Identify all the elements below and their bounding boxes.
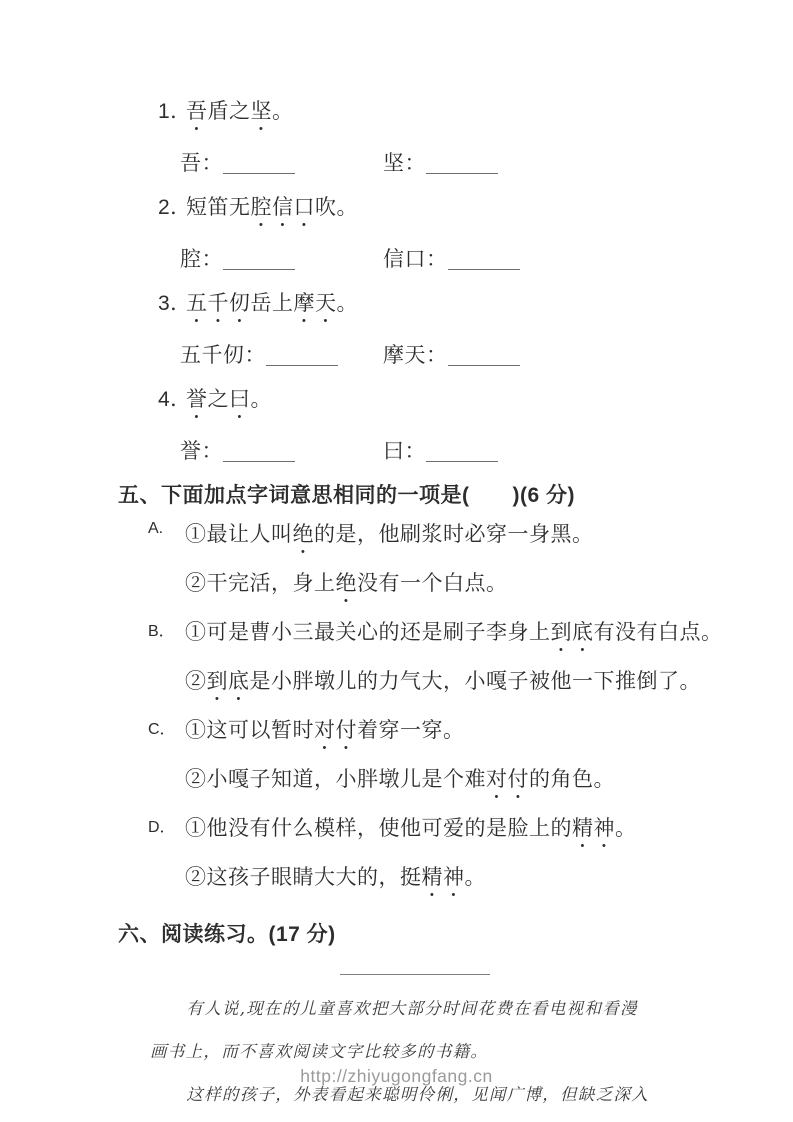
- text-segment: 。: [465, 866, 487, 889]
- emphasized-text: 腔信口: [251, 196, 316, 219]
- worksheet-page: 1．吾盾之坚。 吾： 坚： 2．短笛无腔信口吹。 腔： 信口： 3．五千仞岳上摩…: [0, 0, 793, 1122]
- answer-blanks-row: 吾： 坚：: [118, 149, 760, 179]
- answer-blank: 坚：: [383, 149, 498, 179]
- blank-label: 五千仞：: [180, 344, 266, 367]
- answer-blank: 摩天：: [383, 341, 520, 371]
- answer-blank: 曰：: [383, 437, 498, 467]
- emphasized-text: 到底: [207, 670, 250, 693]
- blank-label: 坚：: [383, 152, 426, 175]
- item-number: 1．: [158, 97, 186, 127]
- question-item-sentence: 2．短笛无腔信口吹。: [118, 193, 760, 231]
- text-segment: 有没有白点。: [594, 621, 723, 644]
- option-line-2: ②小嘎子知道，小胖墩儿是个难对付的角色。: [185, 765, 760, 803]
- text-segment: ①这可以暂时: [185, 719, 314, 742]
- blank-label: 摩天：: [383, 344, 448, 367]
- answer-blank-line: [266, 351, 338, 366]
- emphasized-text: 摩天: [294, 292, 337, 315]
- text-segment: 短笛无: [186, 196, 251, 219]
- text-segment: 吹。: [315, 196, 358, 219]
- answer-blank-line: [426, 447, 498, 462]
- answer-blank-line: [223, 159, 295, 174]
- emphasized-text: 绝: [293, 523, 315, 546]
- option-line-1: ①可是曹小三最关心的还是刷子李身上到底有没有白点。: [185, 618, 760, 656]
- text-segment: ①可是曹小三最关心的还是刷子李身上: [185, 621, 551, 644]
- emphasized-text: 绝: [336, 572, 358, 595]
- option-A: A. ①最让人叫绝的是，他刷浆时必穿一身黑。 ②干完活，身上绝没有一个白点。: [118, 520, 760, 607]
- text-segment: ②干完活，身上: [185, 572, 336, 595]
- answer-blank: 誉：: [180, 437, 383, 467]
- text-segment: ①他没有什么模样，使他可爱的是脸上的: [185, 817, 572, 840]
- blank-label: 吾：: [180, 152, 223, 175]
- text-segment: 的角色。: [529, 768, 615, 791]
- text-segment: ②: [185, 670, 207, 693]
- text-segment: 。: [615, 817, 637, 840]
- answer-blank: 五千仞：: [180, 341, 383, 371]
- answer-blank-line: [223, 447, 295, 462]
- item-number: 4．: [158, 385, 186, 415]
- option-B: B． ①可是曹小三最关心的还是刷子李身上到底有没有白点。 ②到底是小胖墩儿的力气…: [118, 618, 760, 705]
- emphasized-text: 精神: [422, 866, 465, 889]
- emphasized-text: 精神: [572, 817, 615, 840]
- blank-label: 曰：: [383, 440, 426, 463]
- question-item-sentence: 4．誉之曰。: [118, 385, 760, 423]
- emphasized-text: 对付: [486, 768, 529, 791]
- option-C: C． ①这可以暂时对付着穿一穿。 ②小嘎子知道，小胖墩儿是个难对付的角色。: [118, 716, 760, 803]
- item-sentence-text: 誉之曰。: [186, 388, 272, 411]
- text-segment: 。: [251, 388, 273, 411]
- answer-blank-line: [426, 159, 498, 174]
- answer-blanks-row: 腔： 信口：: [118, 245, 760, 275]
- blank-label: 腔：: [180, 248, 223, 271]
- option-label: D．: [148, 814, 176, 837]
- emphasized-text: 五千仞: [186, 292, 251, 315]
- blank-label: 信口：: [383, 248, 448, 271]
- text-segment: 的是，他刷浆时必穿一身黑。: [314, 523, 594, 546]
- option-line-1: ①最让人叫绝的是，他刷浆时必穿一身黑。: [185, 520, 760, 558]
- option-line-2: ②干完活，身上绝没有一个白点。: [185, 569, 760, 607]
- section-word-explanations: 1．吾盾之坚。 吾： 坚： 2．短笛无腔信口吹。 腔： 信口： 3．五千仞岳上摩…: [118, 97, 760, 467]
- emphasized-text: 誉: [186, 388, 208, 411]
- text-segment: ①最让人叫: [185, 523, 293, 546]
- section-6-heading: 六、阅读练习。(17 分): [118, 920, 760, 950]
- answer-blank: 信口：: [383, 245, 520, 275]
- passage-title-blank-line: [340, 974, 490, 975]
- text-segment: 没有一个白点。: [357, 572, 508, 595]
- option-line-2: ②到底是小胖墩儿的力气大，小嘎子被他一下推倒了。: [185, 667, 760, 705]
- emphasized-text: 吾: [186, 100, 208, 123]
- passage-line: 有人说,现在的儿童喜欢把大部分时间花费在看电视和看漫: [150, 987, 760, 1030]
- section-5-multiple-choice: 五、下面加点字词意思相同的一项是( )(6 分) A. ①最让人叫绝的是，他刷浆…: [118, 481, 760, 901]
- answer-blank-line: [448, 351, 520, 366]
- text-segment: 。: [337, 292, 359, 315]
- item-sentence-text: 吾盾之坚。: [186, 100, 294, 123]
- option-label: B．: [148, 618, 175, 641]
- option-label: C．: [148, 716, 176, 739]
- footer-url: http://zhiyugongfang.cn: [0, 1066, 793, 1087]
- answer-blank-line: [223, 255, 295, 270]
- text-segment: 盾之: [208, 100, 251, 123]
- text-segment: 之: [208, 388, 230, 411]
- item-sentence-text: 五千仞岳上摩天。: [186, 292, 358, 315]
- item-number: 3．: [158, 289, 186, 319]
- item-number: 2．: [158, 193, 186, 223]
- blank-label: 誉：: [180, 440, 223, 463]
- answer-blanks-row: 五千仞： 摩天：: [118, 341, 760, 371]
- answer-blank-line: [448, 255, 520, 270]
- question-item-sentence: 1．吾盾之坚。: [118, 97, 760, 135]
- text-segment: 是小胖墩儿的力气大，小嘎子被他一下推倒了。: [250, 670, 702, 693]
- answer-blanks-row: 誉： 曰：: [118, 437, 760, 467]
- emphasized-text: 到底: [551, 621, 594, 644]
- option-line-2: ②这孩子眼睛大大的，挺精神。: [185, 863, 760, 901]
- item-sentence-text: 短笛无腔信口吹。: [186, 196, 358, 219]
- option-D: D． ①他没有什么模样，使他可爱的是脸上的精神。 ②这孩子眼睛大大的，挺精神。: [118, 814, 760, 901]
- text-segment: 岳上: [251, 292, 294, 315]
- emphasized-text: 曰: [229, 388, 251, 411]
- text-segment: ②小嘎子知道，小胖墩儿是个难: [185, 768, 486, 791]
- emphasized-text: 对付: [314, 719, 357, 742]
- answer-blank: 腔：: [180, 245, 383, 275]
- option-line-1: ①他没有什么模样，使他可爱的是脸上的精神。: [185, 814, 760, 852]
- text-segment: 。: [272, 100, 294, 123]
- option-label: A.: [148, 520, 163, 538]
- section-5-heading: 五、下面加点字词意思相同的一项是( )(6 分): [118, 481, 760, 511]
- question-item-sentence: 3．五千仞岳上摩天。: [118, 289, 760, 327]
- text-segment: ②这孩子眼睛大大的，挺: [185, 866, 422, 889]
- option-line-1: ①这可以暂时对付着穿一穿。: [185, 716, 760, 754]
- text-segment: 着穿一穿。: [357, 719, 465, 742]
- answer-blank: 吾：: [180, 149, 383, 179]
- reading-passage: 有人说,现在的儿童喜欢把大部分时间花费在看电视和看漫 画书上，而不喜欢阅读文字比…: [150, 987, 760, 1116]
- emphasized-text: 坚: [251, 100, 273, 123]
